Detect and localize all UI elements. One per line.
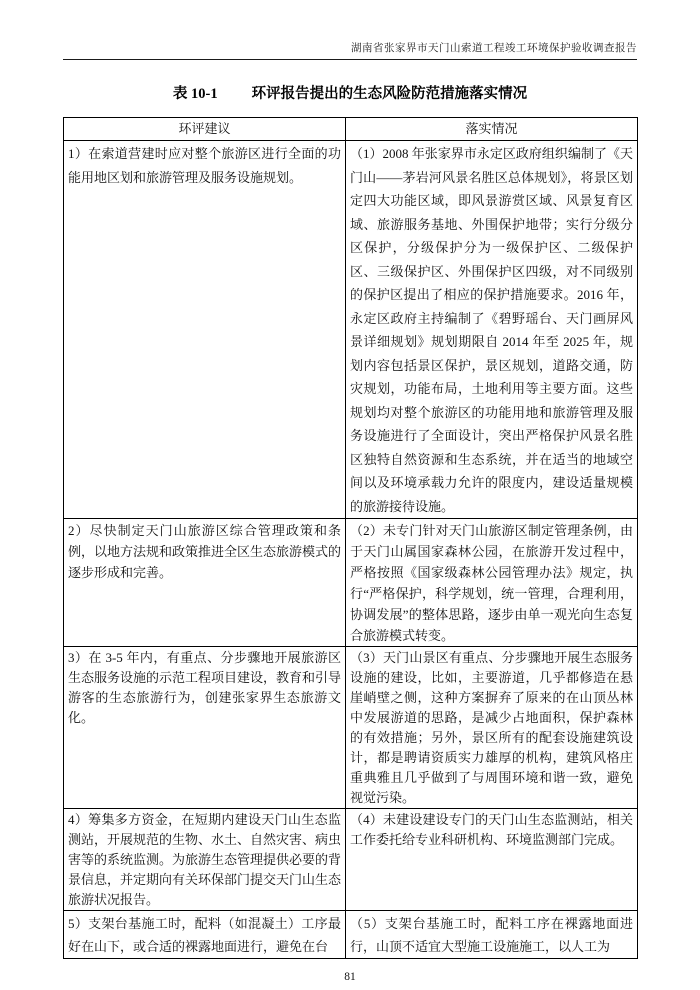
table-row: 3）在 3-5 年内，有重点、分步骤地开展旅游区生态服务设施的示范工程项目建设，… [64,647,638,809]
table-row: 4）筹集多方资金，在短期内建设天门山生态监测站，开展规范的生物、水土、自然灾害、… [64,809,638,911]
table-row: 5）支架台基施工时，配料（如混凝土）工序最好在山下，或合适的裸露地面进行，避免在… [64,911,638,959]
table-row: 2）尽快制定天门山旅游区综合管理政策和条例，以地方法规和政策推进全区生态旅游模式… [64,519,638,647]
suggestion-cell: 1）在索道营建时应对整个旅游区进行全面的功能用地区划和旅游管理及服务设施规划。 [64,141,346,519]
table-title: 环评报告提出的生态风险防范措施落实情况 [252,82,528,103]
implementation-cell: （5）支架台基施工时，配料工序在裸露地面进行，山顶不适宜大型施工设施施工，以人工… [346,911,638,959]
table-label: 表 10-1 [173,82,218,103]
implementation-cell: （2）未专门针对天门山旅游区制定管理条例，由于天门山属国家森林公园，在旅游开发过… [346,519,638,647]
table-caption: 表 10-1 环评报告提出的生态风险防范措施落实情况 [63,82,637,103]
running-header: 湖南省张家界市天门山索道工程竣工环境保护验收调查报告 [63,0,637,55]
implementation-cell: （3）天门山景区有重点、分步骤地开展生态服务设施的建设，比如，主要游道，几乎都修… [346,647,638,809]
suggestion-cell: 2）尽快制定天门山旅游区综合管理政策和条例，以地方法规和政策推进全区生态旅游模式… [64,519,346,647]
table-row: 1）在索道营建时应对整个旅游区进行全面的功能用地区划和旅游管理及服务设施规划。 … [64,141,638,519]
suggestion-cell: 5）支架台基施工时，配料（如混凝土）工序最好在山下，或合适的裸露地面进行，避免在… [64,911,346,959]
suggestion-cell: 4）筹集多方资金，在短期内建设天门山生态监测站，开展规范的生物、水土、自然灾害、… [64,809,346,911]
column-header-implementation: 落实情况 [346,118,638,141]
implementation-cell: （1）2008 年张家界市永定区政府组织编制了《天门山——茅岩河风景名胜区总体规… [346,141,638,519]
implementation-cell: （4）未建设建设专门的天门山生态监测站，相关工作委托给专业科研机构、环境监测部门… [346,809,638,911]
column-header-suggestion: 环评建议 [64,118,346,141]
suggestion-cell: 3）在 3-5 年内，有重点、分步骤地开展旅游区生态服务设施的示范工程项目建设，… [64,647,346,809]
header-divider [63,59,637,60]
measures-table: 环评建议 落实情况 1）在索道营建时应对整个旅游区进行全面的功能用地区划和旅游管… [63,117,638,959]
page-number: 81 [63,971,637,983]
document-page: 湖南省张家界市天门山索道工程竣工环境保护验收调查报告 表 10-1 环评报告提出… [0,0,700,990]
table-header-row: 环评建议 落实情况 [64,118,638,141]
